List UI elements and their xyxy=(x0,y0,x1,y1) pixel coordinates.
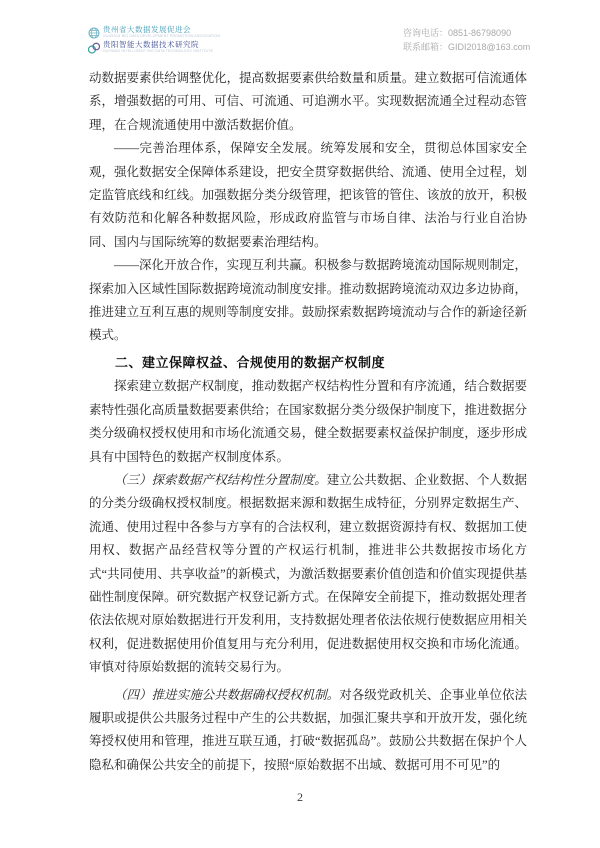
institute-subtitle: GUIYANG INTELLIGENT BIG DATA TECHNOLOGY … xyxy=(103,49,213,53)
page-number: 2 xyxy=(297,790,303,805)
contact-phone: 咨询电话：0851-86798090 xyxy=(403,27,530,41)
page-footer: 2 xyxy=(0,788,600,848)
paragraph-continuation: 动数据要素供给调整优化，提高数据要素供给数量和质量。建立数据可信流通体系，增强数… xyxy=(89,67,527,137)
double-circle-icon xyxy=(88,41,100,53)
email-address: GIDI2018@163.com xyxy=(448,42,530,52)
institute-logo: 贵阳智能大数据技术研究院 GUIYANG INTELLIGENT BIG DAT… xyxy=(88,41,220,53)
email-label: 联系邮箱： xyxy=(403,42,448,52)
paragraph-item-four: （四）推进实施公共数据确权授权机制。对各级党政机关、企事业单位依法履职或提供公共… xyxy=(89,684,527,778)
association-name: 贵州省大数据发展促进会 xyxy=(103,26,220,34)
association-subtitle: GUIZHOU BIG DATA DEVELOPMENT PROMOTION A… xyxy=(103,34,220,38)
phone-number: 0851-86798090 xyxy=(448,28,511,38)
paragraph-governance: ——完善治理体系，保障安全发展。统筹发展和安全，贯彻总体国家安全观，强化数据安全… xyxy=(89,137,527,254)
contact-email: 联系邮箱：GIDI2018@163.com xyxy=(403,41,530,55)
item-three-lead: （三）探索数据产权结构性分置制度。 xyxy=(114,473,327,487)
item-three-text: 建立公共数据、企业数据、个人数据的分类分级确权授权制度。根据数据来源和数据生成特… xyxy=(89,473,527,674)
item-four-lead: （四）推进实施公共数据确权授权机制。 xyxy=(114,688,339,702)
phone-label: 咨询电话： xyxy=(403,28,448,38)
paragraph-property-system: 探索建立数据产权制度，推动数据产权结构性分置和有序流通，结合数据要素特性强化高质… xyxy=(89,375,527,469)
globe-icon xyxy=(88,26,100,38)
section-heading: 二、建立保障权益、合规使用的数据产权制度 xyxy=(89,351,527,374)
paragraph-cooperation: ——深化开放合作，实现互利共赢。积极参与数据跨境流动国际规则制定，探索加入区域性… xyxy=(89,254,527,348)
institute-name: 贵阳智能大数据技术研究院 xyxy=(103,41,213,49)
paragraph-item-three: （三）探索数据产权结构性分置制度。建立公共数据、企业数据、个人数据的分类分级确权… xyxy=(89,469,527,680)
contact-info: 咨询电话：0851-86798090 联系邮箱：GIDI2018@163.com xyxy=(403,27,530,54)
document-body: 动数据要素供给调整优化，提高数据要素供给数量和质量。建立数据可信流通体系，增强数… xyxy=(89,67,527,777)
association-logo: 贵州省大数据发展促进会 GUIZHOU BIG DATA DEVELOPMENT… xyxy=(88,26,220,38)
document-page: 贵州省大数据发展促进会 GUIZHOU BIG DATA DEVELOPMENT… xyxy=(0,0,600,848)
header-logos: 贵州省大数据发展促进会 GUIZHOU BIG DATA DEVELOPMENT… xyxy=(88,26,220,56)
